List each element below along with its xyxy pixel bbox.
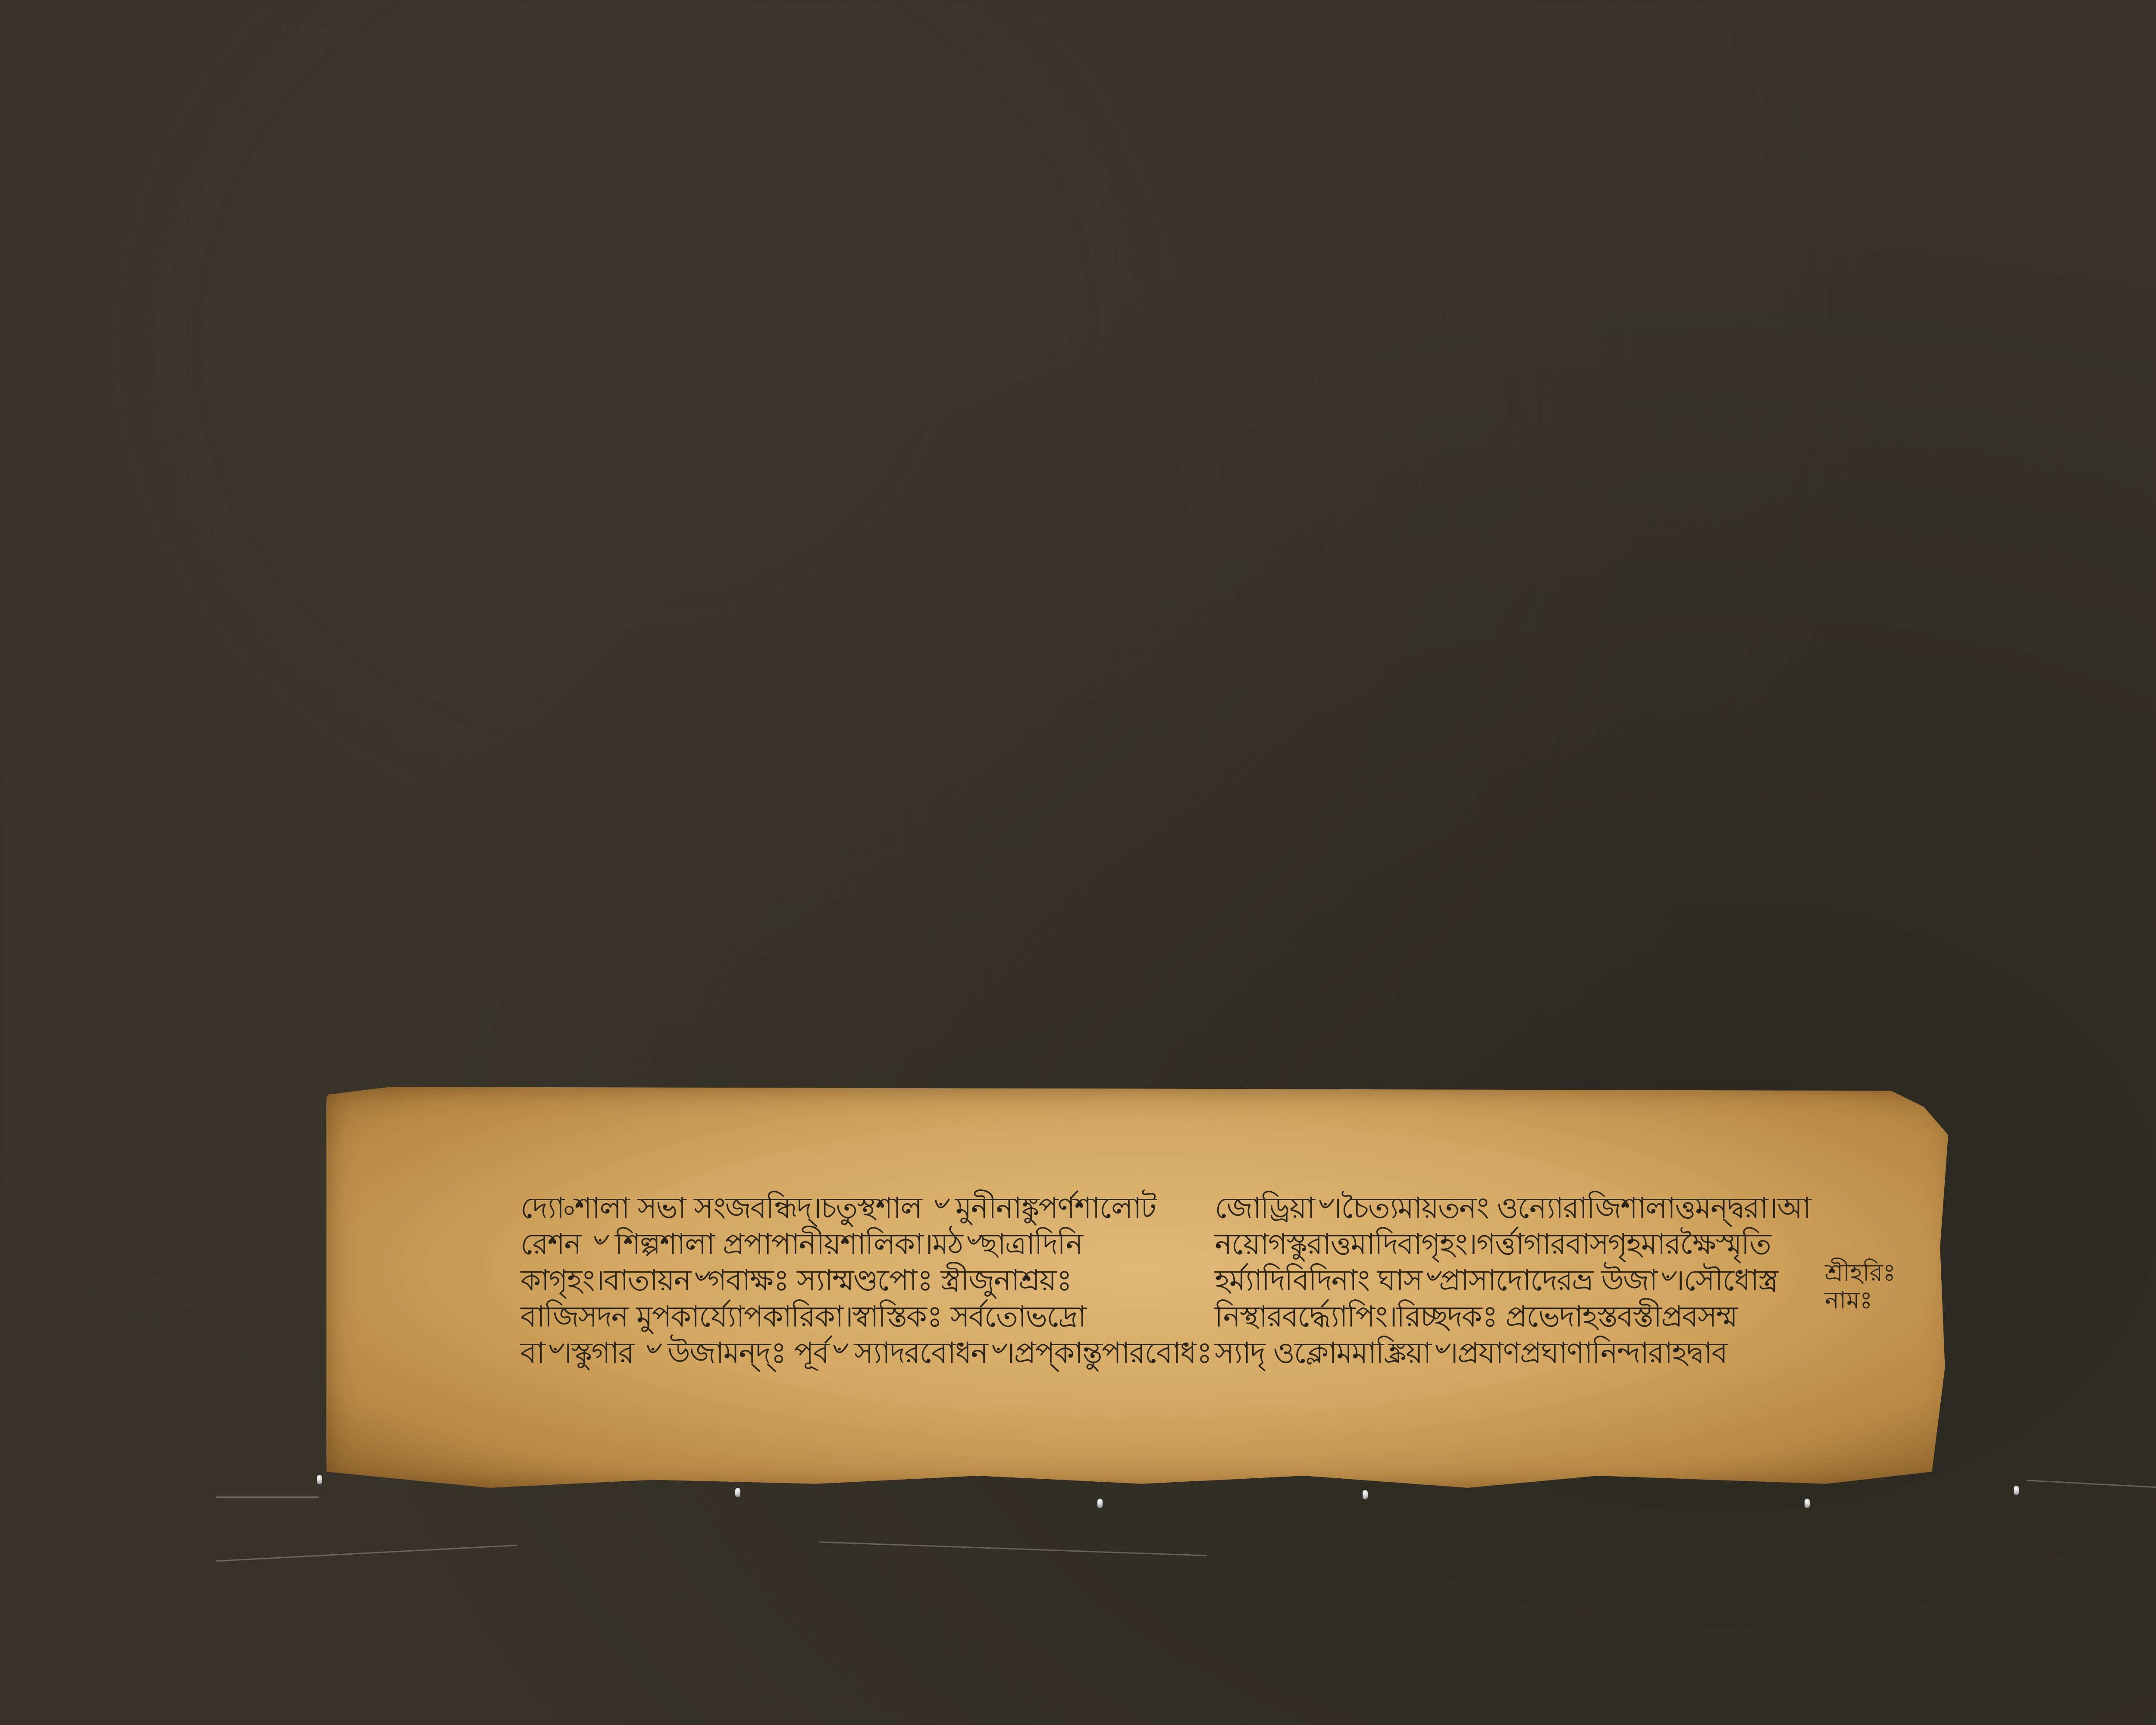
manuscript-line: নয়োগস্কুরাত্তমাদিবাগৃহং।গর্ত্তাগারবাসগৃ… [1215,1226,1811,1263]
manuscript-line: রেশন ৺ শিল্পশালা প্রপাপানীয়শালিকা।মঠ৺ছা… [520,1226,1211,1263]
manuscript-line: কাগৃহং।বাতায়ন৺গবাক্ষঃ স্যাম্মণ্ডপোঃ স্ত… [520,1263,1211,1299]
manuscript-line: স্যাদৃ ওক্লোমমাঙ্ক্রিয়া৺।প্রযাণপ্রঘাণান… [1215,1335,1811,1371]
manuscript-text-left-column: দ্যো৹শালা সভা সংজবন্ধিদ্‌।চতুস্থশাল ৺ মু… [520,1190,1211,1371]
manuscript-text-right-column: জোড্রিয়া৺।চৈত্যমায়তনং ওন্যোরাজিশালাত্ত… [1215,1190,1811,1371]
manuscript-line: বা৺।স্কুগার ৺ উজামন্দ্ঃ পূর্ব৺ স্যাদরবোধ… [520,1335,1211,1371]
pin-icon [1805,1499,1810,1508]
manuscript-line: বাজিসদন মুপকার্য্যোপকারিকা।স্বাস্তিকঃ সর… [520,1299,1211,1335]
pin-icon [1363,1490,1368,1499]
manuscript-leaf: দ্যো৹শালা সভা সংজবন্ধিদ্‌।চতুস্থশাল ৺ মু… [326,1087,1956,1488]
mounting-thread [216,1496,319,1498]
pin-icon [735,1488,740,1497]
margin-line: নামঃ [1825,1287,1896,1314]
manuscript-line: নিস্থারবর্দ্ধ্যোপিং।রিচ্ছদকঃ প্রভেদাহস্ত… [1215,1299,1811,1335]
mounting-thread [216,1545,517,1562]
pin-icon [2014,1486,2019,1495]
manuscript-line: জোড্রিয়া৺।চৈত্যমায়তনং ওন্যোরাজিশালাত্ত… [1215,1190,1811,1226]
pin-icon [317,1475,322,1484]
manuscript-line: দ্যো৹শালা সভা সংজবন্ধিদ্‌।চতুস্থশাল ৺ মু… [520,1190,1211,1226]
margin-line: শ্রীহরিঃ [1825,1259,1896,1287]
mounting-thread [819,1541,1207,1556]
manuscript-line: হর্ম্যাদিবিদিনাং ঘাস৺প্রাসাদোদেরভ্র উজা৺… [1215,1263,1811,1299]
margin-annotation: শ্রীহরিঃ নামঃ [1825,1259,1896,1314]
pin-icon [1097,1499,1103,1508]
mounting-thread [2027,1480,2156,1488]
